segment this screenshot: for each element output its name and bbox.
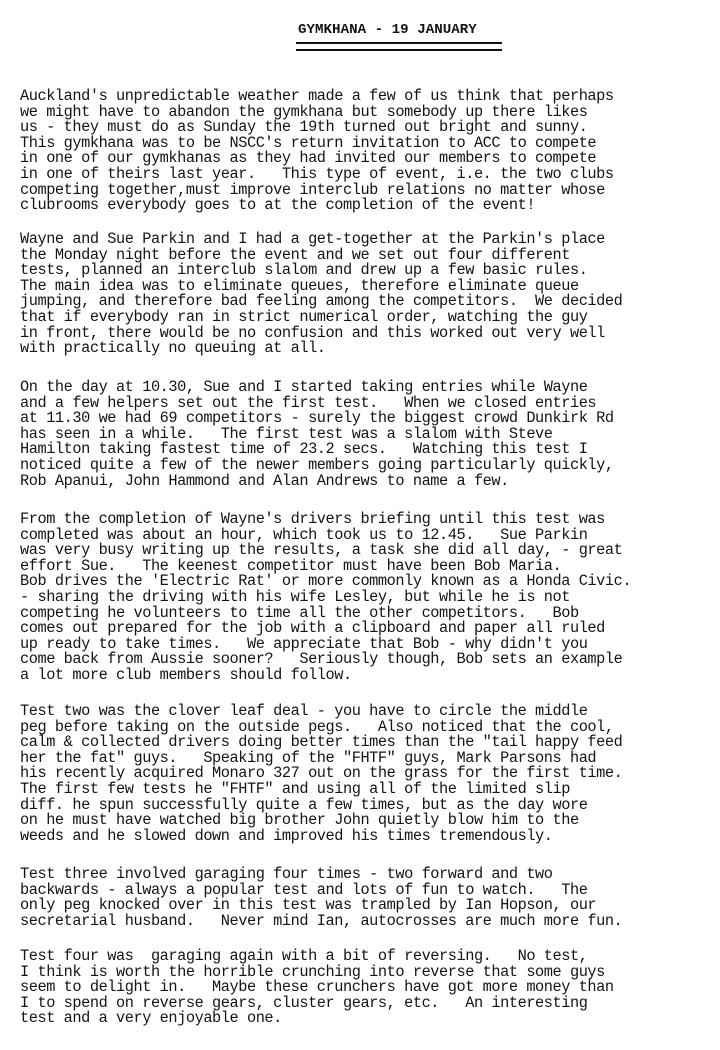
paragraph-test-two: Test two was the clover leaf deal - you …: [20, 704, 710, 844]
text-line: with practically no queuing at all.: [20, 341, 710, 357]
paragraph-test-three: Test three involved garaging four times …: [20, 867, 710, 929]
paragraph-weather-intro: Auckland's unpredictable weather made a …: [20, 89, 710, 214]
paragraph-bob-maria: From the completion of Wayne's drivers b…: [20, 512, 710, 684]
title-underline: [296, 42, 502, 44]
paragraph-planning: Wayne and Sue Parkin and I had a get-tog…: [20, 232, 710, 357]
text-line: secretarial husband. Never mind Ian, aut…: [20, 914, 710, 930]
document-title-block: GYMKHANA - 19 JANUARY: [296, 20, 502, 51]
text-line: Rob Apanui, John Hammond and Alan Andrew…: [20, 474, 710, 490]
text-line: test and a very enjoyable one.: [20, 1011, 710, 1027]
title-double-underline: [296, 49, 502, 51]
paragraph-test-four: Test four was garaging again with a bit …: [20, 949, 710, 1027]
document-title: GYMKHANA - 19 JANUARY: [296, 20, 502, 40]
text-line: a lot more club members should follow.: [20, 668, 710, 684]
text-line: weeds and he slowed down and improved hi…: [20, 829, 710, 845]
paragraph-entries-test-one: On the day at 10.30, Sue and I started t…: [20, 380, 710, 489]
text-line: clubrooms everybody goes to at the compl…: [20, 198, 710, 214]
